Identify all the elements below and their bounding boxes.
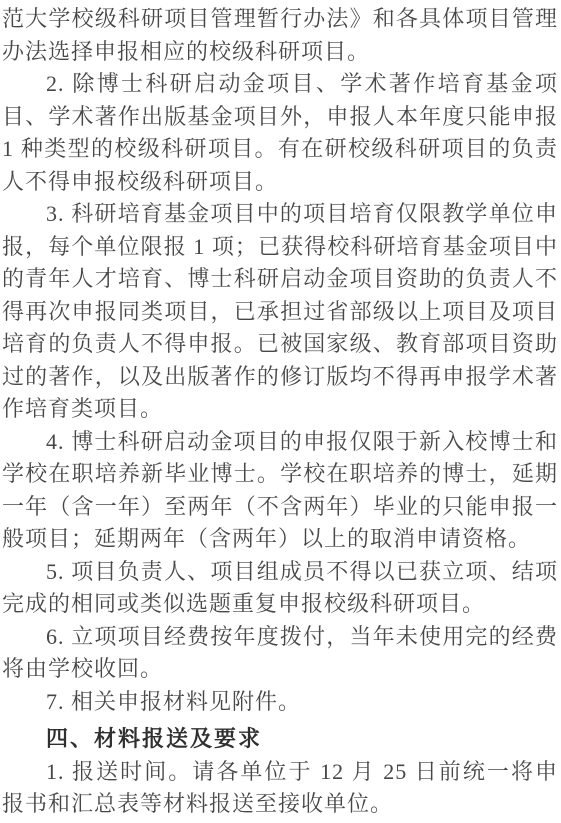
paragraph: 7. 相关申报材料见附件。	[2, 686, 558, 719]
document-page: 范大学校级科研项目管理暂行办法》和各具体项目管理办法选择申报相应的校级科研项目。…	[0, 0, 561, 823]
paragraph: 5. 项目负责人、项目组成员不得以已获立项、结项完成的相同或类似选题重复申报校级…	[2, 556, 558, 621]
paragraph: 6. 立项项目经费按年度拨付，当年未使用完的经费将由学校收回。	[2, 621, 558, 686]
paragraph: 范大学校级科研项目管理暂行办法》和各具体项目管理办法选择申报相应的校级科研项目。	[2, 3, 558, 68]
paragraph: 1. 报送时间。请各单位于 12 月 25 日前统一将申报书和汇总表等材料报送至…	[2, 756, 558, 821]
paragraph: 3. 科研培育基金项目中的项目培育仅限教学单位申报，每个单位限报 1 项；已获得…	[2, 198, 558, 426]
paragraph: 4. 博士科研启动金项目的申报仅限于新入校博士和学校在职培养新毕业博士。学校在职…	[2, 426, 558, 556]
document-body: 范大学校级科研项目管理暂行办法》和各具体项目管理办法选择申报相应的校级科研项目。…	[2, 3, 558, 821]
section-heading: 四、材料报送及要求	[2, 723, 558, 756]
paragraph: 2. 除博士科研启动金项目、学术著作培育基金项目、学术著作出版基金项目外，申报人…	[2, 68, 558, 198]
